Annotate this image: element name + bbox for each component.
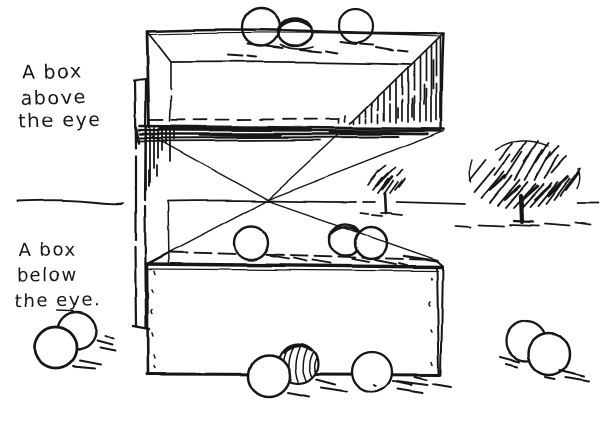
- ray-to-upper-box-bottom-right: [268, 131, 444, 200]
- ball-right-front: [528, 333, 570, 375]
- lower-box-right-inner-edge: [437, 267, 439, 373]
- ray-to-upper-box-top-right: [268, 133, 340, 200]
- upper-box-underside-band: [136, 126, 444, 143]
- lower-box-balls: [234, 224, 387, 260]
- large-tree-trunk: [521, 196, 522, 222]
- lower-box-front-top-double: [148, 269, 438, 271]
- vanishing-point-rays: [148, 131, 444, 263]
- ball-top-right: [339, 9, 373, 43]
- small-tree-trunk: [385, 193, 386, 213]
- upper-box-inner-top-edge: [171, 62, 410, 64]
- left-ball-pair: [35, 312, 115, 369]
- top-ball-shadows: [228, 42, 407, 57]
- label-below-line2: below: [17, 265, 78, 287]
- lower-box-top-left-diagonal: [148, 252, 170, 264]
- post-left-edge: [135, 80, 136, 326]
- upper-box-inner-left-edge: [170, 62, 171, 121]
- small-tree-ground-dashes: [360, 213, 402, 216]
- large-tree: [455, 141, 590, 227]
- post-top-edge: [134, 79, 148, 80]
- illustration-canvas: A box above the eye A box below the eye.: [0, 0, 600, 425]
- post-right-edge: [145, 79, 146, 327]
- label-above-line3: the eye: [18, 109, 101, 133]
- upper-box: [136, 30, 444, 191]
- front-balls: [248, 344, 427, 397]
- right-ball-pair: [500, 321, 589, 381]
- label-box-above: A box above the eye: [17, 60, 101, 133]
- ball-front-right-mark: [374, 385, 376, 386]
- small-tree-foliage: [368, 166, 405, 194]
- illustration-page: A box above the eye A box below the eye.: [0, 0, 600, 425]
- ball-front-right: [352, 352, 392, 392]
- lower-box-top-right-corner: [437, 261, 443, 266]
- ball-front-left: [248, 355, 290, 397]
- ball-on-lower-box-right: [355, 227, 387, 259]
- label-box-below: A box below the eye.: [14, 239, 101, 311]
- lower-box-left-edge: [147, 264, 148, 374]
- label-below-line1: A box: [18, 240, 76, 262]
- label-below-underline: [58, 310, 74, 311]
- lower-box-right-outer-edge: [441, 266, 443, 375]
- upper-box-inner-diagonal-left: [147, 31, 171, 62]
- ball-on-lower-box-left: [234, 226, 268, 260]
- label-below-line3: the eye.: [15, 289, 101, 311]
- ball-left-front: [35, 327, 77, 369]
- upper-box-bottom-dashed-edge: [150, 119, 345, 120]
- large-tree-root: [514, 221, 533, 222]
- small-tree: [360, 166, 405, 216]
- lower-box-back-edge: [170, 252, 437, 260]
- label-above-line2: above: [21, 86, 87, 110]
- label-above-line1: A box: [22, 60, 83, 84]
- upper-box-right-edge: [441, 33, 443, 129]
- horizon-left-segment: [17, 200, 123, 204]
